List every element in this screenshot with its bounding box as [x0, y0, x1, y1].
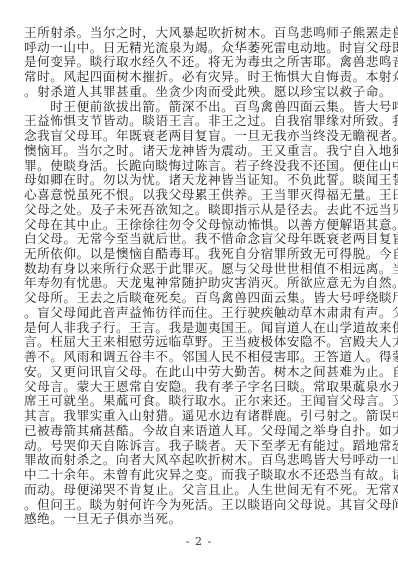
text-line: 是何变异。睒行取水经久不还。将无为毒虫之所害耶。禽兽悲鸣音声号呼不如	[24, 55, 372, 70]
text-line: 善不。风雨和调五谷丰不。邻国人民不相侵害耶。王答道人。得蒙尊恩常自平	[24, 350, 372, 365]
text-line: 动。号哭仰天自陈诉言。我子睒者。天下至孝无有能过。蹈地常恐地痛。有何	[24, 439, 372, 454]
text-line: 安。又更问讯盲父母。在此山中劳大勤苦。树木之间甚难为止。自安隐不。盲	[24, 365, 372, 380]
text-line: 念我盲父母耳。年既衰老两目复盲。一旦无我亦当终没无瞻视者。以是之故自	[24, 129, 372, 144]
text-line: 母如卿在时。勿以为忧。诸天龙神皆当证知。不负此誓。睒闻王誓虽被毒箭。	[24, 173, 372, 188]
text-line: 呼动一山中。日无精光流泉为竭。众华萎死雷电动地。时盲父母即自惊起曰。	[24, 41, 372, 56]
text-line: 时王便前欲拔出箭。箭深不出。百鸟禽兽四面云集。皆大号呼动一山中。	[24, 100, 372, 115]
text-line: 王所射杀。当尔之时，大风暴起吹折树木。百鸟悲鸣师子熊罴走兽之众皆大号	[24, 26, 372, 41]
text-line: 而动。母便涕哭不肯复止。父言且止。人生世间无有不死。无常对至不可得却	[24, 483, 372, 498]
text-line: 数劫有身以来所行众恶于此罪灭。愿与父母世世相值不相远离。当令父母终保	[24, 262, 372, 277]
text-line: 父母之处。及子未死吾欲知之。睒即指示从是径去。去此不远当见草屋。我之	[24, 203, 372, 218]
text-line: 已被毒箭其痛甚酷。今故自来语道人耳。父母闻之举身自扑。如太山崩地为大	[24, 424, 372, 439]
text-line: 。但问王。睒为射何许今为死活。王以睒语向父母说。其盲父母闻王此语又大	[24, 498, 372, 513]
text-line: 常时。风起四面树木摧折。必有灾异。时王怖惧大自悔责。本射众鹿误相中伤	[24, 70, 372, 85]
text-line: 中二十余年。未曾有此灾异之变。而我子睒取水不还恐当有故。诸神皆惊肃肃	[24, 468, 372, 483]
text-line: 感绝。一旦无子俱亦当死。	[24, 512, 372, 527]
text-line: 其言。我罪实重入山射猎。遥见水边有诸群鹿。引弓射之。箭误中睒道人子睒	[24, 409, 372, 424]
text-line: 父母言。蒙大王恩常自安隐。我有孝子字名曰睒。常取果蓏泉水无乏。我有草	[24, 380, 372, 395]
text-line: 父母在其中止。王徐徐往勿令父母惊动怖惧。以善方便解语其意。王当为我上	[24, 218, 372, 233]
text-line: 年寿勿有忧患。天龙鬼神常随护助灾害消灭。所欲应意无为自然。王将数人诣	[24, 276, 372, 291]
document-page: 王所射杀。当尔之时，大风暴起吹折树木。百鸟悲鸣师子熊罴走兽之众皆大号呼动一山中。…	[0, 0, 398, 563]
text-line: 是何人非我子行。王言。我是迦夷国王。闻盲道人在山学道故来供养。盲父母	[24, 321, 372, 336]
text-line: 白父母。无常今至当就后世。我不惜命念盲父母年既衰老两目复盲。一旦无我	[24, 232, 372, 247]
text-line: 罪。使睒身活。长跪向睒悔过陈言。若子终没我不还国。便住山中供养卿盲父	[24, 159, 372, 174]
text-line: 席王可就坐。果蓏可食。睒行取水。正尔来还。王闻盲父母言。又大伤心涕泣	[24, 394, 372, 409]
document-body: 王所射杀。当尔之时，大风暴起吹折树木。百鸟悲鸣师子熊罴走兽之众皆大号呼动一山中。…	[24, 26, 372, 527]
page-number: - 2 -	[0, 535, 398, 548]
text-line: 言。枉屈大王来相慰劳远临草野。王当疲极体安隐不。宫殿夫人太子官属皆安	[24, 335, 372, 350]
text-line: 心喜意悦虽死不恨。以我父母累王供养。王当罪灭得福无量。王曰。卿当语我	[24, 188, 372, 203]
text-line: 。盲父母闻此音声益怖彷徉而住。王行驶疾触动草木肃肃有声。父母惊言。此	[24, 306, 372, 321]
text-line: 王益怖惧支节皆动。睒语王言。非王之过。自我宿罪缘对所致。我不惜身。但	[24, 114, 372, 129]
text-line: 懊恼耳。当尔之时。诸天龙神皆为震动。王又重言。我宁自入地狱之中自受此	[24, 144, 372, 159]
text-line: 无所依仰。以是懊恼自酷毒耳。我死自分宿罪所致无可得脱。今自忏悔。从无	[24, 247, 372, 262]
text-line: 父母所。王去之后睒奄死矣。百鸟禽兽四面云集。皆大号呼绕睒尸上舐足血	[24, 291, 372, 306]
text-line: 。射杀道人其罪甚重。坐贪少肉而受此殃。愿以珍宝以救子命。	[24, 85, 372, 100]
text-line: 罪故而射杀之。向者大风卒起吹折树木。百鸟悲鸣皆大号呼动一山中。我在山	[24, 453, 372, 468]
